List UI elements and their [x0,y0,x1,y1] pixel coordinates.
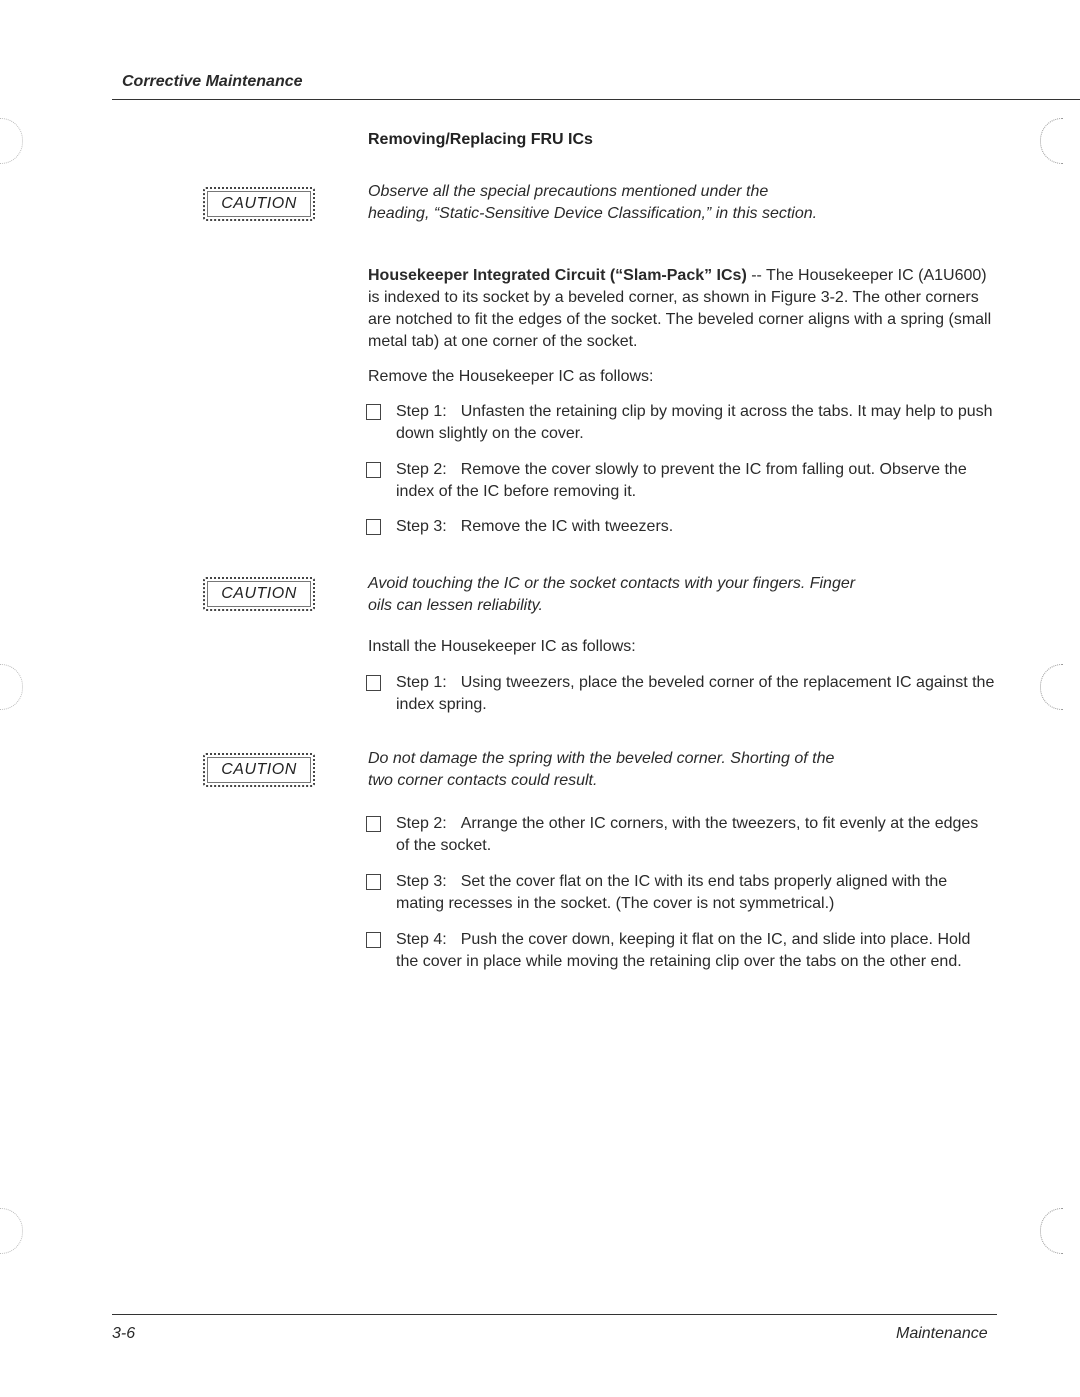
footer-chapter: Maintenance [896,1325,988,1343]
step-text: Remove the cover slowly to prevent the I… [396,461,967,500]
step-checkbox[interactable] [366,874,381,890]
step-label: Step 1: [396,674,447,691]
header-rule [112,99,1080,100]
section-title: Removing/Replacing FRU ICs [368,131,593,149]
caution-text-line: Observe all the special precautions ment… [368,181,817,203]
caution-badge: CAUTION [203,753,315,787]
install-step-2: Step 2:Arrange the other IC corners, wit… [366,813,996,857]
step-text: Using tweezers, place the beveled corner… [396,674,994,713]
caution-text-line: Do not damage the spring with the bevele… [368,748,834,770]
running-header: Corrective Maintenance [122,73,303,91]
step-label: Step 4: [396,931,447,948]
caution-badge: CAUTION [203,187,315,221]
caution-text-line: heading, “Static-Sensitive Device Classi… [368,203,817,225]
binder-hole-mark [0,664,23,710]
caution-text: Avoid touching the IC or the socket cont… [368,573,855,617]
page-number: 3-6 [112,1325,135,1343]
caution-label: CAUTION [221,585,297,603]
caution-text-line: Avoid touching the IC or the socket cont… [368,573,855,595]
step-label: Step 3: [396,518,447,535]
install-step-4: Step 4:Push the cover down, keeping it f… [366,929,996,973]
binder-hole-mark [0,1208,23,1254]
install-step-3: Step 3:Set the cover flat on the IC with… [366,871,996,915]
caution-badge: CAUTION [203,577,315,611]
step-checkbox[interactable] [366,932,381,948]
housekeeper-heading: Housekeeper Integrated Circuit (“Slam-Pa… [368,267,747,284]
housekeeper-paragraph: Housekeeper Integrated Circuit (“Slam-Pa… [368,265,993,353]
step-checkbox[interactable] [366,816,381,832]
caution-text: Do not damage the spring with the bevele… [368,748,834,792]
step-checkbox[interactable] [366,404,381,420]
step-text: Unfasten the retaining clip by moving it… [396,403,993,442]
install-step-1: Step 1:Using tweezers, place the beveled… [366,672,996,716]
step-text: Arrange the other IC corners, with the t… [396,815,978,854]
step-text: Push the cover down, keeping it flat on … [396,931,970,970]
binder-hole-mark [0,118,23,164]
caution-text-line: two corner contacts could result. [368,770,834,792]
caution-text-line: oils can lessen reliability. [368,595,855,617]
step-label: Step 3: [396,873,447,890]
step-checkbox[interactable] [366,675,381,691]
step-label: Step 1: [396,403,447,420]
remove-intro: Remove the Housekeeper IC as follows: [368,366,653,388]
step-checkbox[interactable] [366,519,381,535]
step-checkbox[interactable] [366,462,381,478]
install-intro: Install the Housekeeper IC as follows: [368,636,636,658]
caution-text: Observe all the special precautions ment… [368,181,817,225]
remove-step-3: Step 3:Remove the IC with tweezers. [366,516,996,538]
caution-label: CAUTION [221,761,297,779]
binder-hole-mark [1040,118,1063,164]
step-text: Remove the IC with tweezers. [461,518,674,535]
caution-label: CAUTION [221,195,297,213]
step-text: Set the cover flat on the IC with its en… [396,873,947,912]
step-label: Step 2: [396,815,447,832]
step-label: Step 2: [396,461,447,478]
remove-step-1: Step 1:Unfasten the retaining clip by mo… [366,401,996,445]
footer-rule [112,1314,997,1315]
binder-hole-mark [1040,664,1063,710]
binder-hole-mark [1040,1208,1063,1254]
remove-step-2: Step 2:Remove the cover slowly to preven… [366,459,996,503]
